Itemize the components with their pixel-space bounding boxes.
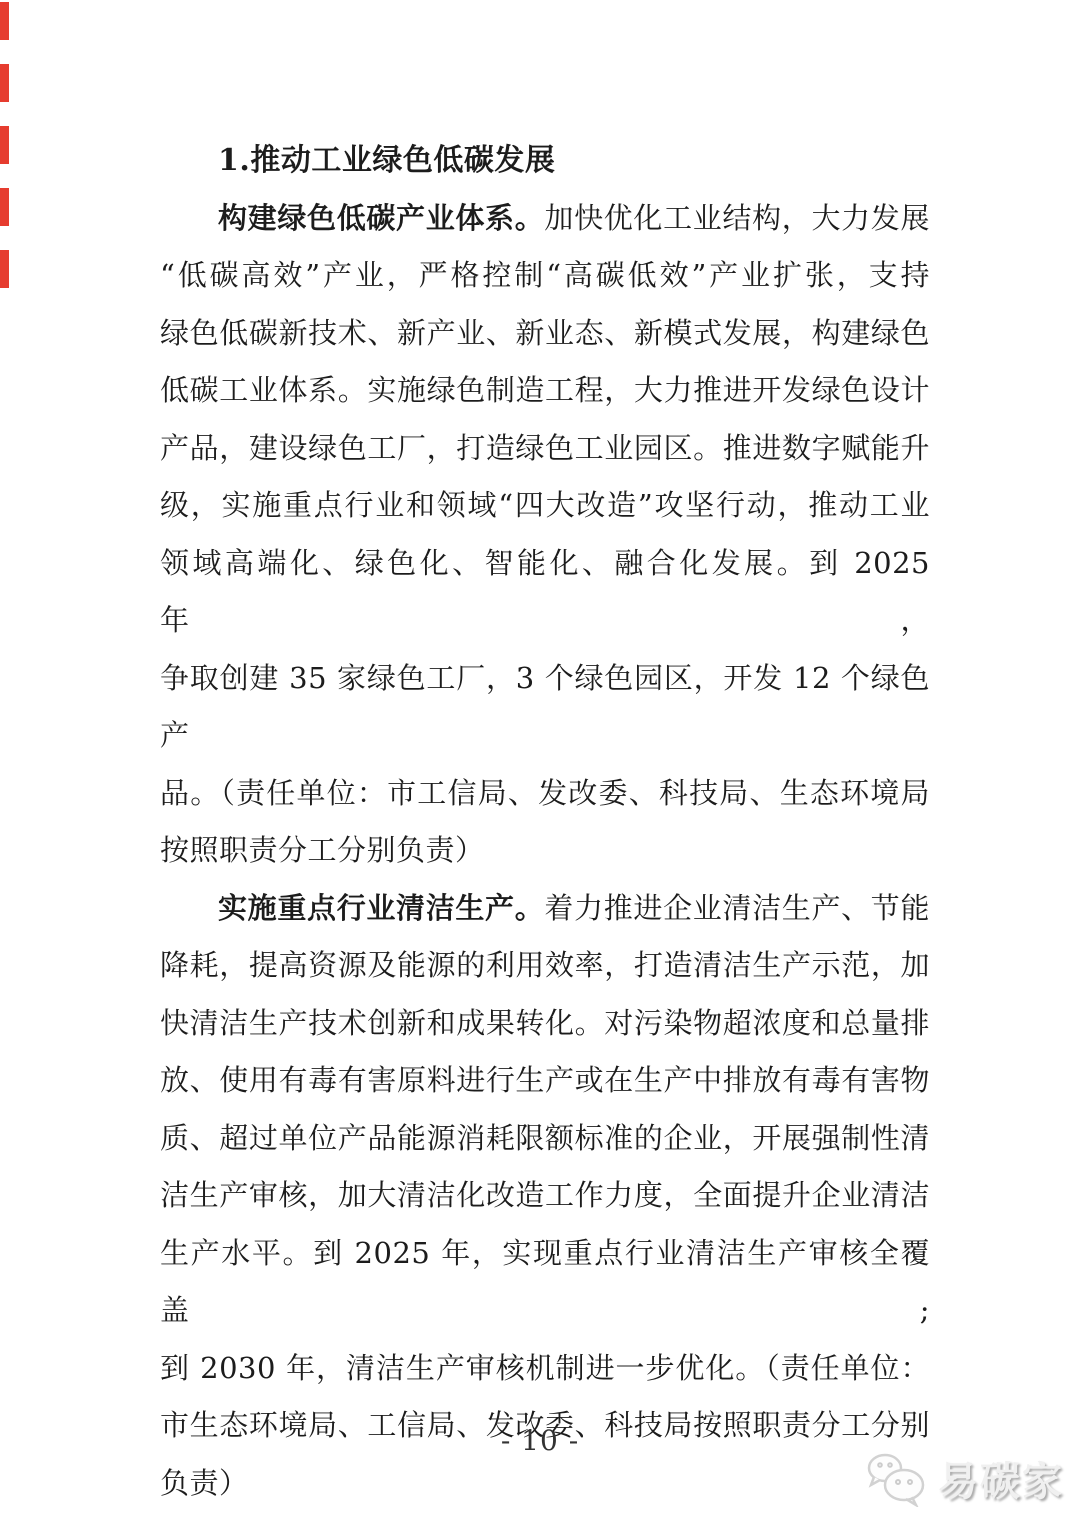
text-line: 级，实施重点行业和领域“四大改造”攻坚行动，推动工业 — [160, 477, 930, 535]
document-page: { "document": { "heading": "1.推动工业绿色低碳发展… — [0, 0, 1080, 1526]
section-heading: 1.推动工业绿色低碳发展 — [160, 132, 930, 190]
text-line: “低碳高效”产业，严格控制“高碳低效”产业扩张，支持 — [160, 247, 930, 305]
text-line: 构建绿色低碳产业体系。加快优化工业结构，大力发展 — [160, 190, 930, 248]
line-text: 低碳工业体系。实施绿色制造工程，大力推进开发绿色设计 — [160, 373, 930, 407]
text-line: 到 2030 年，清洁生产审核机制进一步优化。（责任单位： — [160, 1340, 930, 1398]
text-line: 争取创建 35 家绿色工厂，3 个绿色园区，开发 12 个绿色产 — [160, 650, 930, 765]
text-line: 质、超过单位产品能源消耗限额标准的企业，开展强制性清 — [160, 1110, 930, 1168]
line-text: 生产水平。到 2025 年，实现重点行业清洁生产审核全覆盖; — [160, 1236, 930, 1328]
text-line: 领域高端化、绿色化、智能化、融合化发展。到 2025 年， — [160, 535, 930, 650]
paragraph-lead-bold: 实施重点行业清洁生产。 — [218, 891, 544, 925]
line-text: 品。（责任单位：市工信局、发改委、科技局、生态环境局 — [160, 776, 930, 810]
line-text: 级，实施重点行业和领域“四大改造”攻坚行动，推动工业 — [160, 488, 930, 522]
paragraph-lead-bold: 构建绿色低碳产业体系。 — [218, 201, 544, 235]
watermark-label: 易碳家 — [938, 1450, 1064, 1507]
text-line: 产品，建设绿色工厂，打造绿色工业园区。推进数字赋能升 — [160, 420, 930, 478]
text-line: 绿色低碳新技术、新产业、新业态、新模式发展，构建绿色 — [160, 305, 930, 363]
line-text: 加快优化工业结构，大力发展 — [544, 201, 930, 235]
red-edge-marks — [0, 2, 9, 300]
text-line: 低碳工业体系。实施绿色制造工程，大力推进开发绿色设计 — [160, 362, 930, 420]
body-text: 1.推动工业绿色低碳发展 构建绿色低碳产业体系。加快优化工业结构，大力发展 “低… — [160, 132, 930, 1512]
line-text: 按照职责分工分别负责） — [160, 833, 485, 867]
watermark: 易碳家 — [864, 1450, 1064, 1507]
text-line: 品。（责任单位：市工信局、发改委、科技局、生态环境局 — [160, 765, 930, 823]
line-text: 负责） — [160, 1466, 249, 1500]
line-text: “低碳高效”产业，严格控制“高碳低效”产业扩张，支持 — [160, 258, 930, 292]
text-line: 实施重点行业清洁生产。着力推进企业清洁生产、节能 — [160, 880, 930, 938]
line-text: 产品，建设绿色工厂，打造绿色工业园区。推进数字赋能升 — [160, 431, 930, 465]
line-text: 放、使用有毒有害原料进行生产或在生产中排放有毒有害物 — [160, 1063, 930, 1097]
line-text: 洁生产审核，加大清洁化改造工作力度，全面提升企业清洁 — [160, 1178, 930, 1212]
text-line: 洁生产审核，加大清洁化改造工作力度，全面提升企业清洁 — [160, 1167, 930, 1225]
line-text: 降耗，提高资源及能源的利用效率，打造清洁生产示范，加 — [160, 948, 930, 982]
section-heading-text: 1.推动工业绿色低碳发展 — [218, 143, 555, 178]
line-text: 到 2030 年，清洁生产审核机制进一步优化。（责任单位： — [160, 1351, 930, 1385]
wechat-icon — [864, 1451, 928, 1507]
line-text: 着力推进企业清洁生产、节能 — [544, 891, 930, 925]
text-line: 降耗，提高资源及能源的利用效率，打造清洁生产示范，加 — [160, 937, 930, 995]
line-text: 绿色低碳新技术、新产业、新业态、新模式发展，构建绿色 — [160, 316, 930, 350]
line-text: 快清洁生产技术创新和成果转化。对污染物超浓度和总量排 — [160, 1006, 930, 1040]
line-text: 争取创建 35 家绿色工厂，3 个绿色园区，开发 12 个绿色产 — [160, 661, 930, 753]
text-line: 快清洁生产技术创新和成果转化。对污染物超浓度和总量排 — [160, 995, 930, 1053]
line-text: 质、超过单位产品能源消耗限额标准的企业，开展强制性清 — [160, 1121, 930, 1155]
line-text: 领域高端化、绿色化、智能化、融合化发展。到 2025 年， — [160, 546, 930, 638]
text-line: 生产水平。到 2025 年，实现重点行业清洁生产审核全覆盖; — [160, 1225, 930, 1340]
text-line: 负责） — [160, 1455, 930, 1513]
text-line: 放、使用有毒有害原料进行生产或在生产中排放有毒有害物 — [160, 1052, 930, 1110]
text-line: 按照职责分工分别负责） — [160, 822, 930, 880]
